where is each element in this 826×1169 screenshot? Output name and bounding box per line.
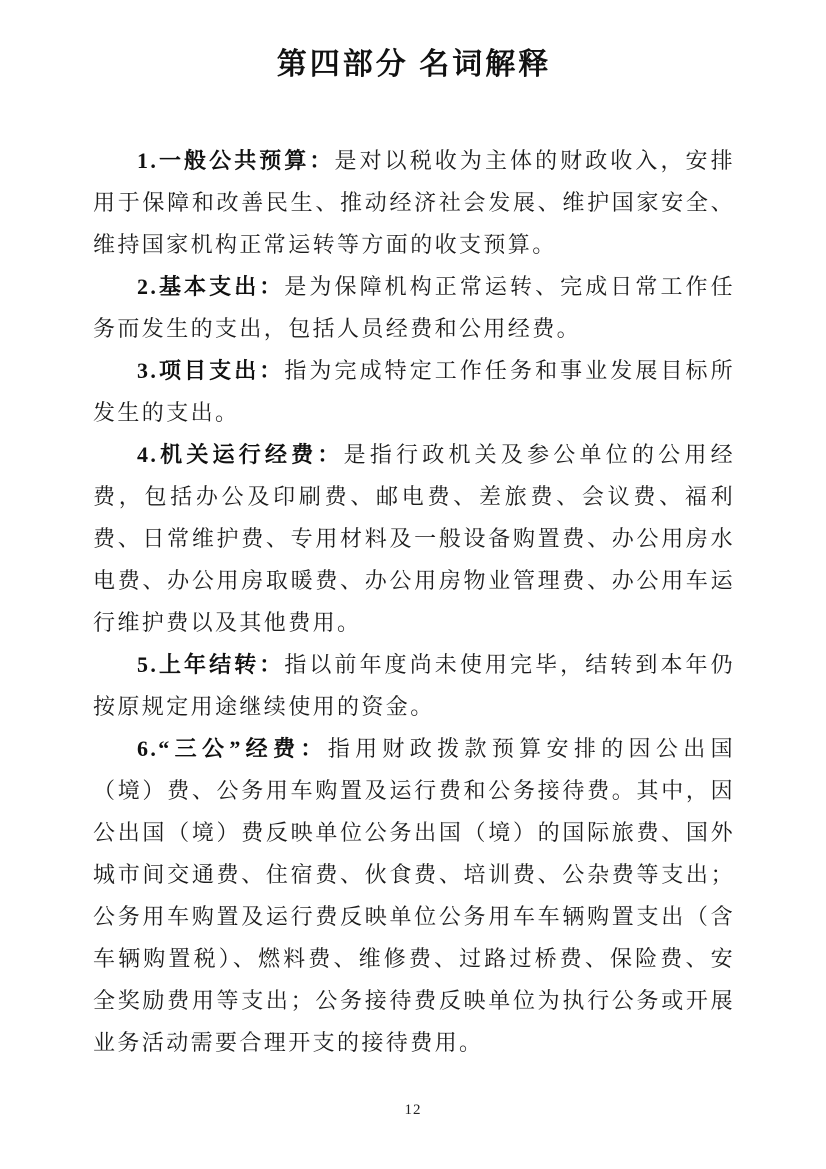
definition-paragraph-basic-expenditure: 2.基本支出：是为保障机构正常运转、完成日常工作任务而发生的支出，包括人员经费和… bbox=[93, 266, 735, 350]
definition-paragraph-three-public-expenses: 6.“三公”经费：指用财政拨款预算安排的因公出国（境）费、公务用车购置及运行费和… bbox=[93, 728, 735, 1064]
term-label-1: 1.一般公共预算： bbox=[137, 148, 335, 173]
document-content: 第四部分 名词解释 1.一般公共预算：是对以税收为主体的财政收入，安排用于保障和… bbox=[0, 0, 826, 1064]
term-label-4: 4.机关运行经费： bbox=[137, 442, 344, 467]
document-page: 第四部分 名词解释 1.一般公共预算：是对以税收为主体的财政收入，安排用于保障和… bbox=[0, 0, 826, 1169]
page-number: 12 bbox=[0, 1102, 826, 1119]
term-label-5: 5.上年结转： bbox=[137, 652, 284, 677]
definition-paragraph-project-expenditure: 3.项目支出：指为完成特定工作任务和事业发展目标所发生的支出。 bbox=[93, 350, 735, 434]
page-title: 第四部分 名词解释 bbox=[93, 46, 735, 84]
term-label-3: 3.项目支出： bbox=[137, 358, 284, 383]
document-body: 1.一般公共预算：是对以税收为主体的财政收入，安排用于保障和改善民生、推动经济社… bbox=[93, 140, 735, 1064]
definition-paragraph-general-public-budget: 1.一般公共预算：是对以税收为主体的财政收入，安排用于保障和改善民生、推动经济社… bbox=[93, 140, 735, 266]
term-label-6: 6.“三公”经费： bbox=[137, 736, 328, 761]
definition-paragraph-agency-operating-funds: 4.机关运行经费：是指行政机关及参公单位的公用经费，包括办公及印刷费、邮电费、差… bbox=[93, 434, 735, 644]
term-label-2: 2.基本支出： bbox=[137, 274, 284, 299]
definition-paragraph-carryover-from-previous-year: 5.上年结转：指以前年度尚未使用完毕，结转到本年仍按原规定用途继续使用的资金。 bbox=[93, 644, 735, 728]
definition-text-6: 指用财政拨款预算安排的因公出国（境）费、公务用车购置及运行费和公务接待费。其中，… bbox=[93, 736, 735, 1055]
definition-text-4: 是指行政机关及参公单位的公用经费，包括办公及印刷费、邮电费、差旅费、会议费、福利… bbox=[93, 442, 735, 635]
